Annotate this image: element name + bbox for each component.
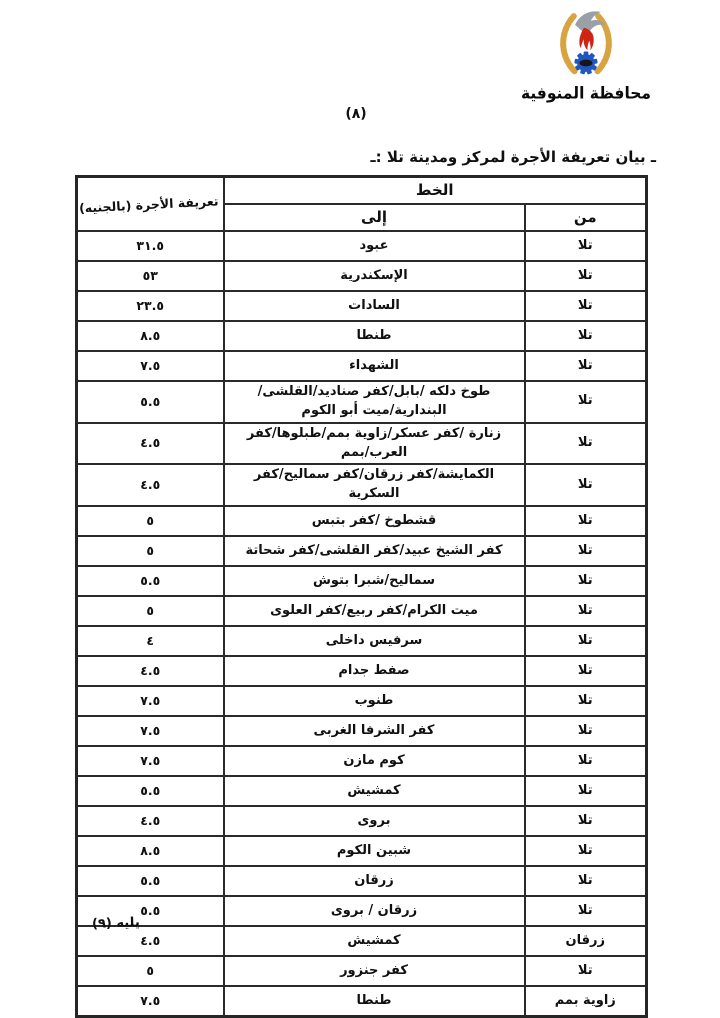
table-row: تلازنارة /كفر عسكر/زاوية بمم/طبلوها/كفر …	[77, 423, 647, 465]
to-cell: شبين الكوم	[224, 836, 525, 866]
table-row: تلاعبود٣١.٥	[77, 231, 647, 261]
table-row: تلاكوم مازن٧.٥	[77, 746, 647, 776]
fare-cell: ٧.٥	[77, 686, 224, 716]
fare-cell: ٧.٥	[77, 746, 224, 776]
from-cell: تلا	[525, 626, 647, 656]
from-cell: تلا	[525, 596, 647, 626]
to-cell: صفط جدام	[224, 656, 525, 686]
table-row: تلاسرفيس داخلى٤	[77, 626, 647, 656]
table-row: زاوية بممطنطا٧.٥	[77, 986, 647, 1017]
to-cell: زنارة /كفر عسكر/زاوية بمم/طبلوها/كفر الع…	[224, 423, 525, 465]
governorate-emblem-icon	[552, 6, 620, 82]
fare-cell: ٥.٥	[77, 566, 224, 596]
to-cell: سرفيس داخلى	[224, 626, 525, 656]
to-cell: كمشيش	[224, 776, 525, 806]
table-row: تلازرقان٥.٥	[77, 866, 647, 896]
to-cell: كفر الشرفا الغربى	[224, 716, 525, 746]
table-row: تلاميت الكرام/كفر ربيع/كفر العلوى٥	[77, 596, 647, 626]
fare-cell: ٤.٥	[77, 656, 224, 686]
from-cell: تلا	[525, 836, 647, 866]
to-cell: طنطا	[224, 986, 525, 1017]
fare-cell: ٧.٥	[77, 351, 224, 381]
table-row: تلاصفط جدام٤.٥	[77, 656, 647, 686]
table-row: تلاكفر الشيخ عبيد/كفر القلشى/كفر شحاتة٥	[77, 536, 647, 566]
table-row: تلازرقان / بروى٥.٥	[77, 896, 647, 926]
table-row: تلاكفر جنزور٥	[77, 956, 647, 986]
from-cell: زاوية بمم	[525, 986, 647, 1017]
document-title: ـ بيان تعريفة الأجرة لمركز ومدينة تلا :ـ	[371, 148, 656, 166]
from-cell: تلا	[525, 506, 647, 536]
from-cell: تلا	[525, 746, 647, 776]
from-cell: تلا	[525, 261, 647, 291]
to-cell: قشطوخ /كفر بتبس	[224, 506, 525, 536]
table-row: تلاشبين الكوم٨.٥	[77, 836, 647, 866]
table-row: تلاالسادات٢٣.٥	[77, 291, 647, 321]
from-cell: تلا	[525, 464, 647, 506]
from-cell: تلا	[525, 656, 647, 686]
to-cell: الإسكندرية	[224, 261, 525, 291]
document-page: محافظة المنوفية (٨) ـ بيان تعريفة الأجرة…	[0, 0, 720, 1018]
fare-cell: ٨.٥	[77, 321, 224, 351]
fare-cell: ٤.٥	[77, 806, 224, 836]
table-row: تلاطوخ دلكه /بابل/كفر صناديد/القلشى/البن…	[77, 381, 647, 423]
route-group-header: الخط	[224, 177, 647, 205]
governorate-name: محافظة المنوفية	[518, 84, 654, 103]
fare-header: تعريفة الأجرة (بالجنيه)	[77, 177, 224, 232]
fare-cell: ٧.٥	[77, 716, 224, 746]
from-cell: زرقان	[525, 926, 647, 956]
table-header-row-route: الخط تعريفة الأجرة (بالجنيه)	[77, 177, 647, 205]
gear-icon	[574, 51, 598, 74]
to-cell: زرقان / بروى	[224, 896, 525, 926]
from-cell: تلا	[525, 321, 647, 351]
to-cell: بروى	[224, 806, 525, 836]
table-row: تلاالشهداء٧.٥	[77, 351, 647, 381]
to-cell: كفر جنزور	[224, 956, 525, 986]
from-cell: تلا	[525, 716, 647, 746]
fare-header-label: تعريفة الأجرة (بالجنيه)	[79, 193, 219, 216]
from-cell: تلا	[525, 566, 647, 596]
table-row: تلاكمشيش٥.٥	[77, 776, 647, 806]
table-row: تلاطنطا٨.٥	[77, 321, 647, 351]
from-header: من	[525, 204, 647, 231]
table-row: زرقانكمشيش٤.٥	[77, 926, 647, 956]
wheat-left-icon	[563, 16, 574, 71]
to-cell: طوخ دلكه /بابل/كفر صناديد/القلشى/البندار…	[224, 381, 525, 423]
table-row: تلابروى٤.٥	[77, 806, 647, 836]
to-cell: سماليح/شبرا بتوش	[224, 566, 525, 596]
fare-cell: ٥	[77, 956, 224, 986]
fare-cell: ٥	[77, 596, 224, 626]
fare-cell: ٧.٥	[77, 986, 224, 1017]
from-cell: تلا	[525, 686, 647, 716]
from-cell: تلا	[525, 776, 647, 806]
fare-cell: ٤.٥	[77, 423, 224, 465]
from-cell: تلا	[525, 351, 647, 381]
from-cell: تلا	[525, 423, 647, 465]
from-cell: تلا	[525, 896, 647, 926]
to-cell: زرقان	[224, 866, 525, 896]
governorate-logo: محافظة المنوفية	[518, 6, 654, 102]
from-cell: تلا	[525, 806, 647, 836]
from-cell: تلا	[525, 381, 647, 423]
fare-cell: ٥	[77, 506, 224, 536]
to-cell: ميت الكرام/كفر ربيع/كفر العلوى	[224, 596, 525, 626]
from-cell: تلا	[525, 956, 647, 986]
to-cell: عبود	[224, 231, 525, 261]
table-row: تلاكفر الشرفا الغربى٧.٥	[77, 716, 647, 746]
continuation-note: يليه (٩)	[92, 915, 140, 932]
to-cell: السادات	[224, 291, 525, 321]
table-row: تلاطنوب٧.٥	[77, 686, 647, 716]
fare-table: الخط تعريفة الأجرة (بالجنيه) من إلى تلاع…	[75, 175, 648, 1018]
fare-cell: ٤	[77, 626, 224, 656]
to-cell: طنوب	[224, 686, 525, 716]
fare-cell: ٥٣	[77, 261, 224, 291]
table-row: تلاسماليح/شبرا بتوش٥.٥	[77, 566, 647, 596]
to-cell: كوم مازن	[224, 746, 525, 776]
fare-cell: ٢٣.٥	[77, 291, 224, 321]
from-cell: تلا	[525, 536, 647, 566]
table-row: تلاالإسكندرية٥٣	[77, 261, 647, 291]
fare-cell: ٥.٥	[77, 776, 224, 806]
gear-center	[580, 60, 593, 67]
fare-cell: ٤.٥	[77, 464, 224, 506]
from-cell: تلا	[525, 291, 647, 321]
table-row: تلاالكمايشة/كفر زرقان/كفر سماليح/كفر الس…	[77, 464, 647, 506]
to-cell: كمشيش	[224, 926, 525, 956]
fare-cell: ٥.٥	[77, 381, 224, 423]
to-cell: الشهداء	[224, 351, 525, 381]
fare-cell: ٥.٥	[77, 866, 224, 896]
to-header: إلى	[224, 204, 525, 231]
fare-cell: ٣١.٥	[77, 231, 224, 261]
flame-icon	[579, 28, 593, 51]
page-number: (٨)	[328, 106, 384, 122]
table-row: تلاقشطوخ /كفر بتبس٥	[77, 506, 647, 536]
to-cell: كفر الشيخ عبيد/كفر القلشى/كفر شحاتة	[224, 536, 525, 566]
fare-cell: ٥	[77, 536, 224, 566]
to-cell: طنطا	[224, 321, 525, 351]
from-cell: تلا	[525, 231, 647, 261]
from-cell: تلا	[525, 866, 647, 896]
to-cell: الكمايشة/كفر زرقان/كفر سماليح/كفر السكري…	[224, 464, 525, 506]
fare-cell: ٨.٥	[77, 836, 224, 866]
fare-table-body: تلاعبود٣١.٥تلاالإسكندرية٥٣تلاالسادات٢٣.٥…	[77, 231, 647, 1017]
